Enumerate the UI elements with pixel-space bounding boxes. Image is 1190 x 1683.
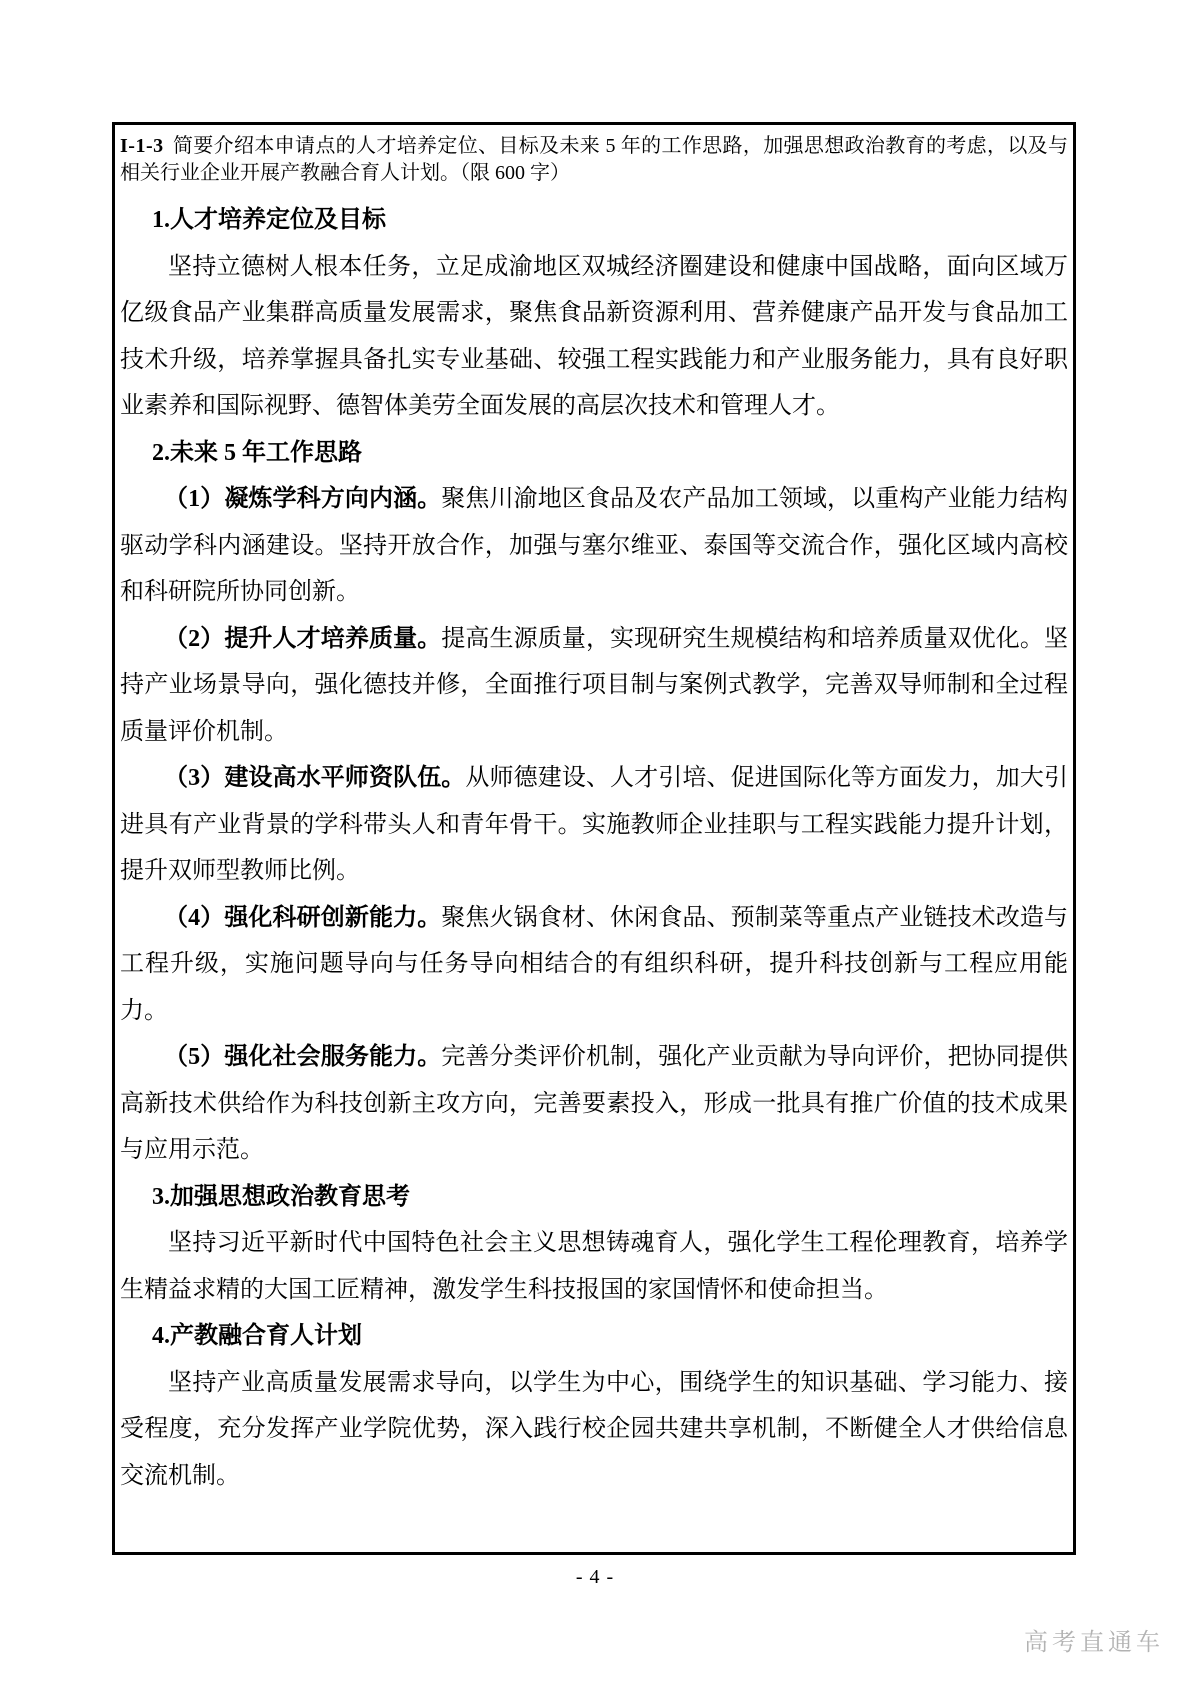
section-heading-2: 2.未来 5 年工作思路 [120,430,1068,477]
paragraph-text: 坚持立德树人根本任务，立足成渝地区双城经济圈建设和健康中国战略，面向区域万亿级食… [120,254,1068,420]
field-answer: 1.人才培养定位及目标 坚持立德树人根本任务，立足成渝地区双城经济圈建设和健康中… [120,197,1068,1499]
page-number: - 4 - [0,1566,1190,1589]
section-3-paragraph: 坚持习近平新时代中国特色社会主义思想铸魂育人，强化学生工程伦理教育，培养学生精益… [120,1220,1068,1313]
section-2-item-3: （3）建设高水平师资队伍。从师德建设、人才引培、促进国际化等方面发力，加大引进具… [120,755,1068,895]
section-2-item-2: （2）提升人才培养质量。提高生源质量，实现研究生规模结构和培养质量双优化。坚持产… [120,616,1068,756]
section-2-item-4: （4）强化科研创新能力。聚焦火锅食材、休闲食品、预制菜等重点产业链技术改造与工程… [120,895,1068,1035]
form-cell-i-1-3: I-1-3简要介绍本申请点的人才培养定位、目标及未来 5 年的工作思路，加强思想… [112,122,1076,1555]
paragraph-text: 坚持习近平新时代中国特色社会主义思想铸魂育人，强化学生工程伦理教育，培养学生精益… [120,1230,1068,1303]
section-heading-1: 1.人才培养定位及目标 [120,197,1068,244]
section-2-item-1: （1）凝炼学科方向内涵。聚焦川渝地区食品及农产品加工领域，以重构产业能力结构驱动… [120,476,1068,616]
section-heading-4: 4.产教融合育人计划 [120,1313,1068,1360]
field-id-label: I-1-3 [120,135,164,157]
item-lead: （4）强化科研创新能力。 [164,905,441,931]
item-lead: （1）凝炼学科方向内涵。 [164,486,441,512]
item-lead: （2）提升人才培养质量。 [164,626,441,652]
item-lead: （5）强化社会服务能力。 [164,1044,441,1070]
section-heading-3: 3.加强思想政治教育思考 [120,1174,1068,1221]
document-page: I-1-3简要介绍本申请点的人才培养定位、目标及未来 5 年的工作思路，加强思想… [0,0,1190,1683]
paragraph-text: 坚持产业高质量发展需求导向，以学生为中心，围绕学生的知识基础、学习能力、接受程度… [120,1370,1068,1489]
field-prompt: I-1-3简要介绍本申请点的人才培养定位、目标及未来 5 年的工作思路，加强思想… [120,133,1068,187]
field-prompt-text: 简要介绍本申请点的人才培养定位、目标及未来 5 年的工作思路，加强思想政治教育的… [120,135,1068,184]
section-2-item-5: （5）强化社会服务能力。完善分类评价机制，强化产业贡献为导向评价，把协同提供高新… [120,1034,1068,1174]
section-1-paragraph: 坚持立德树人根本任务，立足成渝地区双城经济圈建设和健康中国战略，面向区域万亿级食… [120,244,1068,430]
watermark-text: 高考直通车 [1024,1622,1164,1657]
section-4-paragraph: 坚持产业高质量发展需求导向，以学生为中心，围绕学生的知识基础、学习能力、接受程度… [120,1360,1068,1500]
item-lead: （3）建设高水平师资队伍。 [164,765,465,791]
